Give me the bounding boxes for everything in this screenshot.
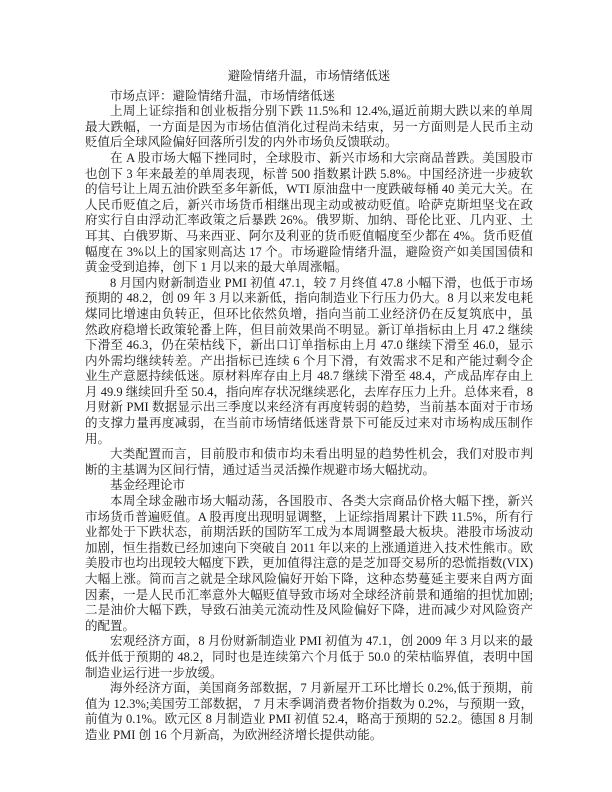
paragraph: 市场点评：避险情绪升温，市场情绪低迷 [85,89,533,105]
paragraph: 8 月国内财新制造业 PMI 初值 47.1，较 7 月终值 47.8 小幅下滑… [85,276,533,448]
document-title: 避险情绪升温，市场情绪低迷 [85,69,533,85]
paragraph: 大类配置而言，目前股市和债市均未看出明显的趋势性机会，我们对股市判断的主基调为区… [85,447,533,478]
paragraph: 在 A 股市场大幅下挫同时，全球股市、新兴市场和大宗商品普跌。美国股市也创下 3… [85,151,533,276]
document-page: 避险情绪升温，市场情绪低迷 市场点评：避险情绪升温，市场情绪低迷上周上证综指和创… [0,0,612,792]
document-body: 市场点评：避险情绪升温，市场情绪低迷上周上证综指和创业板指分别下跌 11.5%和… [85,89,533,744]
paragraph: 海外经济方面，美国商务部数据，7 月新屋开工环比增长 0.2%,低于预期，前值为… [85,681,533,743]
paragraph: 本周全球金融市场大幅动荡，各国股市、各类大宗商品价格大幅下挫，新兴市场货币普遍贬… [85,494,533,634]
paragraph: 上周上证综指和创业板指分别下跌 11.5%和 12.4%,逼近前期大跌以来的单周… [85,104,533,151]
paragraph: 宏观经济方面，8 月份财新制造业 PMI 初值为 47.1，创 2009 年 3… [85,634,533,681]
paragraph: 基金经理论市 [85,478,533,494]
